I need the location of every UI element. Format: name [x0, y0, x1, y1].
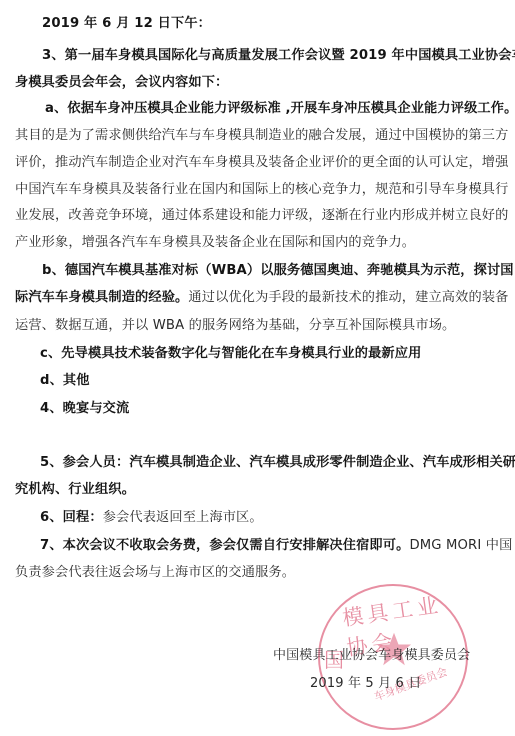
item-5-line-1: 5、参会人员：汽车模具制造企业、汽车模具成形零件制造企业、汽车成形相关研	[40, 454, 515, 472]
item-a-para-line: 评价，推动汽车制造企业对汽车车身模具及装备企业评价的更全面的认可认定，增强	[15, 154, 508, 172]
item-5-line-2: 究机构、行业组织。	[15, 481, 135, 499]
item-b-line-3: 运营、数据互通，并以 WBA 的服务网络为基础，分享互补国际模具市场。	[15, 317, 455, 335]
item-6-label: 6、回程：	[40, 510, 103, 525]
item-b-line-1: b、德国汽车模具基准对标（WBA）以服务德国奥迪、奔驰模具为示范，探讨国	[42, 262, 514, 280]
item-a-para-line: 业发展，改善竞争环境，通过体系建设和能力评级，逐渐在行业内形成并树立良好的	[15, 207, 508, 225]
item-7-bold: 7、本次会议不收取会务费，参会仅需自行安排解决住宿即可。	[40, 538, 409, 553]
item-6: 6、回程：参会代表返回至上海市区。	[40, 509, 263, 527]
item-3-line-1: 3、第一届车身模具国际化与高质量发展工作会议暨 2019 年中国模具工业协会车	[42, 47, 515, 65]
item-4: 4、晚宴与交流	[40, 400, 129, 418]
item-c: c、先导模具技术装备数字化与智能化在车身模具行业的最新应用	[40, 345, 421, 363]
signature-date: 2019 年 5 月 6 日	[310, 675, 421, 693]
item-7-line-2: 负责参会代表往返会场与上海市区的交通服务。	[15, 564, 295, 582]
item-b-line-2: 际汽车车身模具制造的经验。通过以优化为手段的最新技术的推动，建立高效的装备	[15, 289, 509, 307]
item-a-para-line: 其目的是为了需求侧供给汽车与车身模具制造业的融合发展，通过中国模协的第三方	[15, 127, 508, 145]
item-a-title: a、依据车身冲压模具企业能力评级标准 ,开展车身冲压模具企业能力评级工作。	[45, 100, 515, 118]
item-b-line-2-bold: 际汽车车身模具制造的经验。	[15, 290, 188, 305]
heading-date: 2019 年 6 月 12 日下午：	[42, 15, 211, 33]
item-6-text: 参会代表返回至上海市区。	[103, 510, 263, 525]
item-d: d、其他	[40, 372, 90, 390]
item-3-line-2: 身模具委员会年会，会议内容如下：	[15, 74, 228, 92]
item-b-line-2-normal: 通过以优化为手段的最新技术的推动，建立高效的装备	[188, 290, 508, 305]
item-a-para-line: 中国汽车车身模具及装备行业在国内和国际上的核心竞争力，规范和引导车身模具行	[15, 181, 508, 199]
item-a-para-line: 产业形象，增强各汽车车身模具及装备企业在国际和国内的竞争力。	[15, 234, 415, 252]
signature-organization: 中国模具工业协会车身模具委员会	[273, 647, 470, 665]
item-7-line-1: 7、本次会议不收取会务费，参会仅需自行安排解决住宿即可。DMG MORI 中国	[40, 537, 512, 555]
item-7-normal: DMG MORI 中国	[409, 538, 512, 553]
